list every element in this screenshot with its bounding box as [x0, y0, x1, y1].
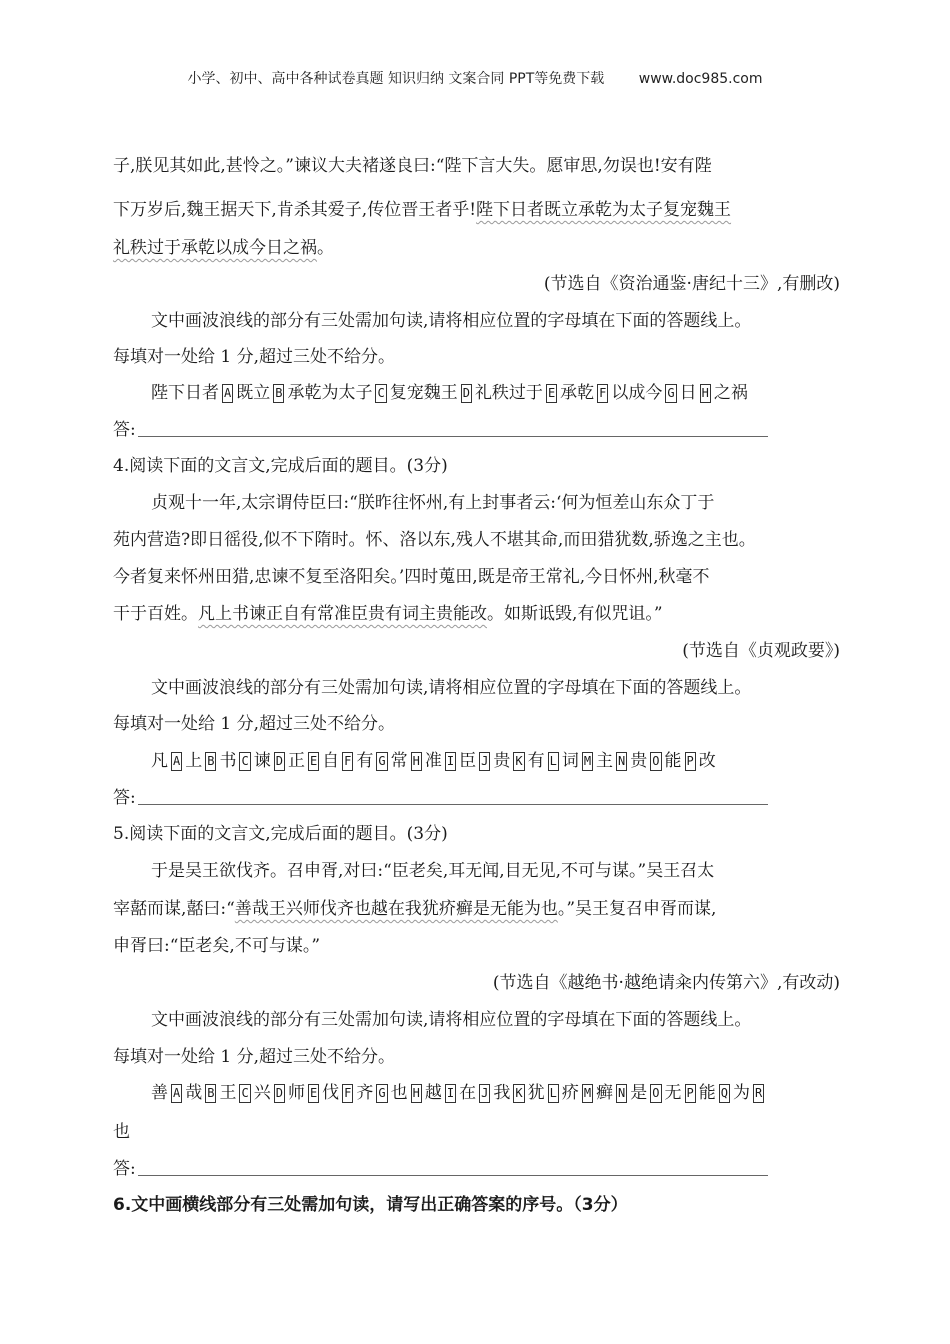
q3-wavy-underline-2: 礼秩过于承乾以成今日之祸 [113, 238, 317, 258]
choice-letter-box: N [616, 752, 627, 771]
choice-text: 承乾 [560, 383, 594, 403]
choice-letter-box: A [171, 752, 182, 771]
choice-letter-box: G [665, 384, 676, 403]
q3-passage-line-1: 子,朕见其如此,甚怜之。”谏议大夫褚遂良曰:“陛下言大失。愿审思,勿误也!安有陛 [113, 154, 712, 178]
choice-text: 王 [219, 1083, 236, 1103]
choice-text: 越 [425, 1083, 442, 1103]
q3-passage-line-3: 礼秩过于承乾以成今日之祸。 [113, 236, 334, 260]
choice-letter-box: C [239, 1084, 250, 1103]
q4-instruction-2: 每填对一处给 1 分,超过三处不给分。 [113, 712, 395, 736]
q3-answer-row: 答: [113, 418, 768, 442]
page-header: 小学、初中、高中各种试卷真题 知识归纳 文案合同 PPT等免费下载 www.do… [0, 68, 950, 88]
choice-letter-box: E [308, 1084, 319, 1103]
choice-text: 复宠魏王 [390, 383, 458, 403]
q3-instruction-1: 文中画波浪线的部分有三处需加句读,请将相应位置的字母填在下面的答题线上。 [151, 309, 751, 333]
choice-letter-box: B [205, 1084, 216, 1103]
choice-letter-box: L [548, 1084, 559, 1103]
choice-text: 词 [562, 751, 579, 771]
q4-title: 4.阅读下面的文言文,完成后面的题目。(3分) [113, 454, 448, 478]
q5-answer-line[interactable] [138, 1159, 768, 1176]
q3-passage-text: 下万岁后,魏王据天下,肯杀其爱子,传位晋王者乎! [113, 200, 476, 220]
choice-letter-box: O [650, 1084, 661, 1103]
choice-text: 善 [151, 1083, 168, 1103]
q3-wavy-underline-1: 陛下日者既立承乾为太子复宠魏王 [476, 200, 731, 220]
choice-letter-box: P [685, 1084, 696, 1103]
q6-title: 6.文中画横线部分有三处需加句读，请写出正确答案的序号。（3分） [113, 1193, 628, 1217]
q5-title: 5.阅读下面的文言文,完成后面的题目。(3分) [113, 822, 448, 846]
choice-text: 为 [733, 1083, 750, 1103]
q3-choices: 陛下日者A既立B承乾为太子C复宠魏王D礼秩过于E承乾F以成今G日H之祸 [151, 381, 748, 405]
choice-letter-box: C [375, 384, 386, 403]
q4-answer-line[interactable] [138, 788, 768, 805]
q3-answer-line[interactable] [138, 420, 768, 437]
choice-text: 贵 [630, 751, 647, 771]
choice-text: 陛下日者 [151, 383, 219, 403]
choice-text: 之祸 [714, 383, 748, 403]
choice-letter-box: D [274, 1084, 285, 1103]
choice-text: 能 [699, 1083, 716, 1103]
choice-text: 哉 [185, 1083, 202, 1103]
choice-text: 日 [680, 383, 697, 403]
q5-passage-text-end: 。”吴王复召申胥而谋, [558, 899, 717, 919]
q3-source: (节选自《资治通鉴·唐纪十三》,有删改) [544, 272, 840, 296]
q5-passage-line-3: 申胥曰:“臣老矣,不可与谋。” [113, 934, 320, 958]
q3-period: 。 [317, 238, 334, 258]
choice-letter-box: I [445, 752, 456, 771]
choice-letter-box: G [376, 752, 387, 771]
q5-passage-text: 宰嚭而谋,嚭曰:“ [113, 899, 235, 919]
choice-letter-box: E [546, 384, 557, 403]
choice-text: 齐 [356, 1083, 373, 1103]
q4-source: (节选自《贞观政要》) [682, 639, 840, 663]
choice-letter-box: H [411, 1084, 422, 1103]
q4-answer-row: 答: [113, 786, 768, 810]
q5-instruction-2: 每填对一处给 1 分,超过三处不给分。 [113, 1045, 395, 1069]
choice-letter-box: B [205, 752, 216, 771]
choice-text: 能 [665, 751, 682, 771]
q4-passage-text-end: 。如斯诋毁,有似咒诅。” [487, 604, 663, 624]
choice-letter-box: J [479, 1084, 490, 1103]
choice-text: 正 [288, 751, 305, 771]
choice-letter-box: C [239, 752, 250, 771]
choice-letter-box: F [342, 752, 353, 771]
choice-letter-box: J [479, 752, 490, 771]
choice-text: 疥 [562, 1083, 579, 1103]
choice-text: 我 [493, 1083, 510, 1103]
choice-letter-box: R [753, 1084, 764, 1103]
choice-text: 改 [699, 751, 716, 771]
q4-passage-text: 干于百姓。 [113, 604, 198, 624]
q4-choices: 凡A上B书C谏D正E自F有G常H准I臣J贵K有L词M主N贵O能P改 [151, 749, 716, 773]
choice-letter-box: A [222, 384, 233, 403]
choice-text: 也 [391, 1083, 408, 1103]
choice-text: 自 [322, 751, 339, 771]
choice-letter-box: M [582, 1084, 593, 1103]
choice-text: 贵 [493, 751, 510, 771]
choice-text: 伐 [322, 1083, 339, 1103]
choice-text: 有 [356, 751, 373, 771]
choice-text: 师 [288, 1083, 305, 1103]
q4-passage-line-2: 苑内营造?即日徭役,似不下隋时。怀、洛以东,残人不堪其命,而田猎犹数,骄逸之主也… [113, 528, 756, 552]
q4-passage-line-1: 贞观十一年,太宗谓侍臣曰:“朕昨往怀州,有上封事者云:‘何为恒差山东众丁于 [151, 491, 714, 515]
q5-answer-row: 答: [113, 1157, 768, 1181]
choice-text: 癣 [596, 1083, 613, 1103]
q5-choices: 善A哉B王C兴D师E伐F齐G也H越I在J我K犹L疥M癣N是O无P能Q为R [151, 1081, 767, 1105]
q5-passage-line-2: 宰嚭而谋,嚭曰:“善哉王兴师伐齐也越在我犹疥癣是无能为也。”吴王复召申胥而谋, [113, 897, 716, 921]
choice-text: 既立 [236, 383, 270, 403]
choice-text: 书 [219, 751, 236, 771]
header-url[interactable]: www.doc985.com [639, 71, 763, 87]
choice-text: 凡 [151, 751, 168, 771]
choice-letter-box: A [171, 1084, 182, 1103]
choice-text: 以成今 [611, 383, 662, 403]
choice-text: 兴 [254, 1083, 271, 1103]
q5-wavy-underline: 善哉王兴师伐齐也越在我犹疥癣是无能为也 [235, 899, 558, 919]
q4-passage-line-3: 今者复来怀州田猎,忠谏不复至洛阳矣。’四时蒐田,既是帝王常礼,今日怀州,秋毫不 [113, 565, 710, 589]
choice-letter-box: G [376, 1084, 387, 1103]
choice-letter-box: O [650, 752, 661, 771]
q5-answer-label: 答: [113, 1159, 136, 1179]
q5-passage-line-1: 于是吴王欲伐齐。召申胥,对曰:“臣老矣,耳无闻,目无见,不可与谋。”吴王召太 [151, 859, 714, 883]
choice-text: 是 [630, 1083, 647, 1103]
choice-text: 主 [596, 751, 613, 771]
q5-source: (节选自《越绝书·越绝请籴内传第六》,有改动) [493, 971, 840, 995]
choice-letter-box: M [582, 752, 593, 771]
choice-text: 上 [185, 751, 202, 771]
choice-text: 在 [459, 1083, 476, 1103]
q4-passage-line-4: 干于百姓。凡上书谏正自有常准臣贵有词主贵能改。如斯诋毁,有似咒诅。” [113, 602, 663, 626]
choice-letter-box: K [513, 752, 524, 771]
choice-letter-box: D [461, 384, 472, 403]
choice-text: 有 [528, 751, 545, 771]
choice-letter-box: H [411, 752, 422, 771]
q3-instruction-2: 每填对一处给 1 分,超过三处不给分。 [113, 345, 395, 369]
choice-text: 谏 [254, 751, 271, 771]
choice-letter-box: D [274, 752, 285, 771]
choice-letter-box: E [308, 752, 319, 771]
q3-passage-line-2: 下万岁后,魏王据天下,肯杀其爱子,传位晋王者乎!陛下日者既立承乾为太子复宠魏王 [113, 198, 731, 222]
choice-letter-box: F [597, 384, 608, 403]
q3-answer-label: 答: [113, 420, 136, 440]
choice-text: 臣 [459, 751, 476, 771]
choice-text: 准 [425, 751, 442, 771]
choice-letter-box: B [273, 384, 284, 403]
choice-text: 常 [391, 751, 408, 771]
choice-letter-box: L [548, 752, 559, 771]
choice-letter-box: K [513, 1084, 524, 1103]
choice-letter-box: P [685, 752, 696, 771]
q4-instruction-1: 文中画波浪线的部分有三处需加句读,请将相应位置的字母填在下面的答题线上。 [151, 676, 751, 700]
q5-instruction-1: 文中画波浪线的部分有三处需加句读,请将相应位置的字母填在下面的答题线上。 [151, 1008, 751, 1032]
choice-letter-box: Q [719, 1084, 730, 1103]
choice-text: 礼秩过于 [475, 383, 543, 403]
q4-wavy-underline: 凡上书谏正自有常准臣贵有词主贵能改 [198, 604, 487, 624]
header-text: 小学、初中、高中各种试卷真题 知识归纳 文案合同 PPT等免费下载 [188, 71, 605, 87]
choice-letter-box: N [616, 1084, 627, 1103]
choice-text: 承乾为太子 [287, 383, 372, 403]
choice-text: 无 [665, 1083, 682, 1103]
choice-letter-box: F [342, 1084, 353, 1103]
choice-text: 犹 [528, 1083, 545, 1103]
choice-letter-box: I [445, 1084, 456, 1103]
choice-letter-box: H [700, 384, 711, 403]
q4-answer-label: 答: [113, 788, 136, 808]
q5-choices-tail: 也 [113, 1120, 130, 1144]
